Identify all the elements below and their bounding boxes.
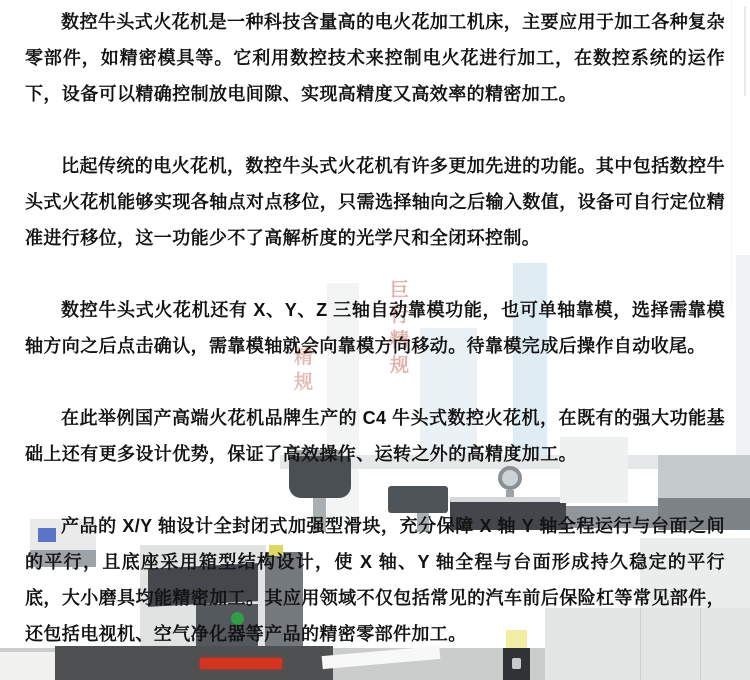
article-page: 巨 行 精 规 精 规 [0,0,750,680]
paragraph-design: 产品的 X/Y 轴设计全封闭式加强型滑块，充分保障 X 轴 Y 轴全程运行与台面… [25,508,725,652]
article-body: 数控牛头式火花机是一种科技含量高的电火花加工机床，主要应用于加工各种复杂零部件，… [0,0,750,680]
paragraph-tracing: 数控牛头式火花机还有 X、Y、Z 三轴自动靠模功能，也可单轴靠模，选择需靠模轴方… [25,292,725,364]
paragraph-c4-model: 在此举例国产高端火花机品牌生产的 C4 牛头式数控火花机，在既有的强大功能基础上… [25,400,725,472]
paragraph-intro: 数控牛头式火花机是一种科技含量高的电火花加工机床，主要应用于加工各种复杂零部件，… [25,4,725,112]
paragraph-features: 比起传统的电火花机，数控牛头式火花机有许多更加先进的功能。其中包括数控牛头式火花… [25,148,725,256]
